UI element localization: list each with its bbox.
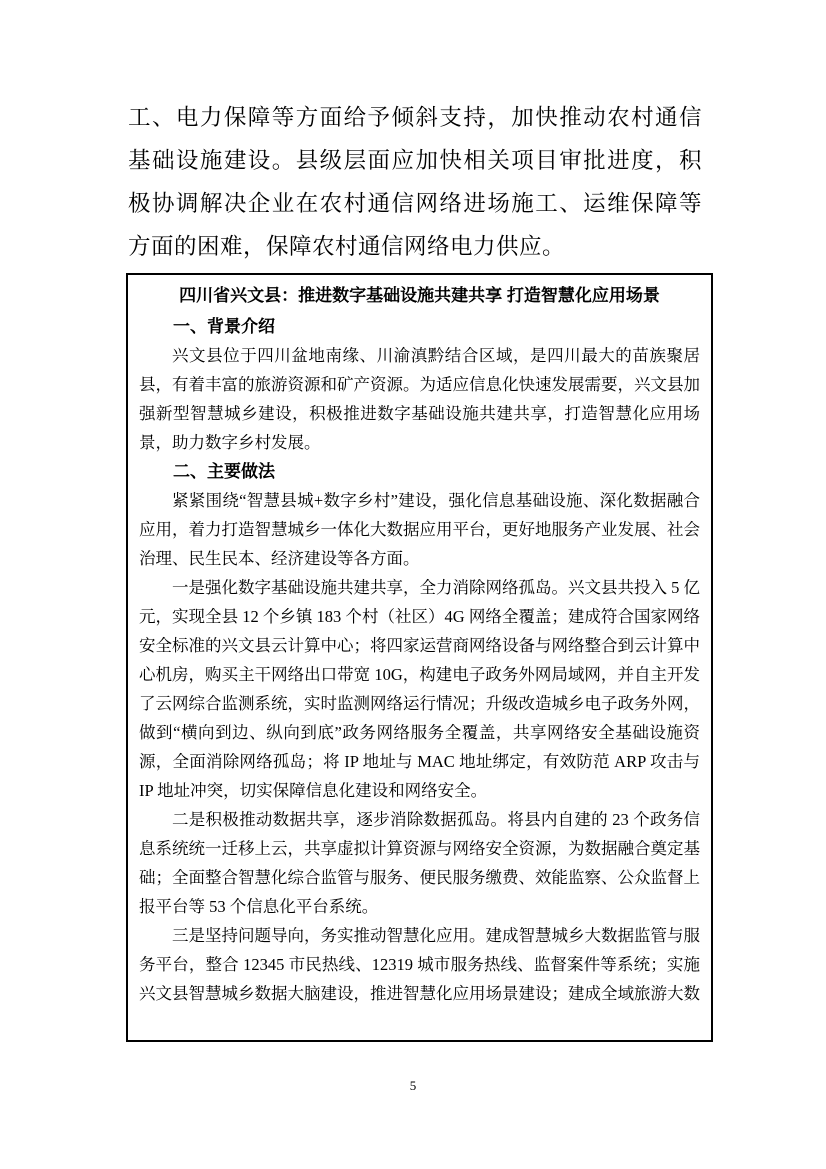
section-heading-main-practices: 二、主要做法 [139,457,700,486]
page-number: 5 [0,1078,826,1094]
background-paragraph: 兴文县位于四川盆地南缘、川渝滇黔结合区域，是四川最大的苗族聚居县，有着丰富的旅游… [139,341,700,457]
section-heading-background: 一、背景介绍 [139,312,700,341]
case-box-title: 四川省兴文县：推进数字基础设施共建共享 打造智慧化应用场景 [139,280,700,311]
case-study-box: 四川省兴文县：推进数字基础设施共建共享 打造智慧化应用场景 一、背景介绍 兴文县… [126,273,713,1042]
practice-2-paragraph: 二是积极推动数据共享，逐步消除数据孤岛。将县内自建的 23 个政务信息系统统一迁… [139,805,700,921]
intro-paragraph: 工、电力保障等方面给予倾斜支持，加快推动农村通信基础设施建设。县级层面应加快相关… [128,96,702,268]
practice-1-paragraph: 一是强化数字基础设施共建共享，全力消除网络孤岛。兴文县共投入 5 亿元，实现全县… [139,573,700,805]
practices-overview-paragraph: 紧紧围绕“智慧县城+数字乡村”建设，强化信息基础设施、深化数据融合应用，着力打造… [139,486,700,573]
practice-3-paragraph: 三是坚持问题导向，务实推动智慧化应用。建成智慧城乡大数据监管与服务平台，整合 1… [139,921,700,1008]
document-page: 工、电力保障等方面给予倾斜支持，加快推动农村通信基础设施建设。县级层面应加快相关… [0,0,826,1169]
